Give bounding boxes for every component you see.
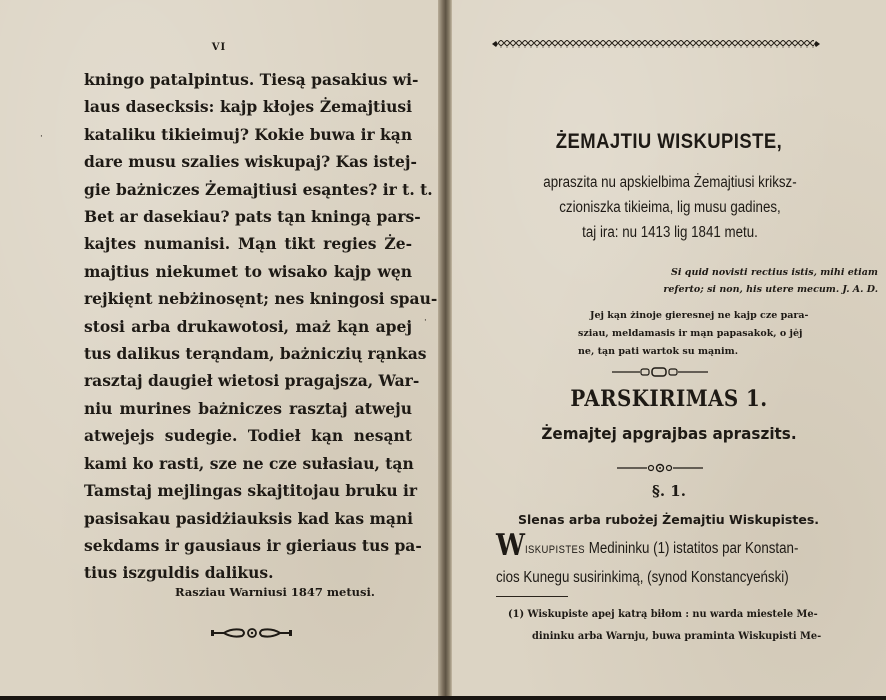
note-line: sziau, meldamasis ir mąn papasakok, o jė… (578, 325, 878, 343)
footnote-line: (1) Wiskupiste apej katrą biłom : nu war… (508, 604, 843, 626)
text-line: WISKUPISTES Medininku (1) istatitos par … (496, 534, 793, 564)
note-line: ne, tąn pati wartok su mąnim. (578, 343, 878, 361)
text-line: pasisakau pasidżiauksis kad kas mąni (84, 505, 412, 532)
page-number: VI (0, 42, 438, 53)
text-line: tius iszguldis dalikus. (84, 559, 412, 586)
text-line: gie bażniczes Żemajtiusi esąntes? ir t. … (84, 176, 412, 203)
chapter-subtitle: Żemajtej apgrajbas apraszits. (463, 424, 875, 443)
text-line: stosi arba drukawotosi, maż kąn apej (84, 313, 412, 340)
book-bottom-edge (0, 696, 886, 700)
footnote-rule (496, 596, 568, 597)
drop-cap: W (496, 528, 525, 563)
section-body-text: WISKUPISTES Medininku (1) istatitos par … (496, 534, 841, 591)
text-line: tus dalikus terąndam, bażniczių rąnkas (84, 340, 412, 367)
left-page-body-text: kningo patalpintus. Tiesą pasakius wi- l… (84, 66, 412, 587)
text-line: kami ko rasti, sze ne cze sułasiau, tąn (84, 450, 412, 477)
subtitle-line: apraszita nu apskielbima Żemajtiusi krik… (498, 170, 842, 195)
epigraph-line: Si quid novisti rectius istis, mihi etia… (578, 264, 878, 281)
ink-speck: · (40, 132, 43, 142)
text-line: kajtes numanisi. Mąn tikt regies Że- (84, 230, 412, 257)
book-gutter (438, 0, 452, 700)
chapter-title: PARSKIRIMAS 1. (474, 386, 865, 412)
text-line: kningo patalpintus. Tiesą pasakius wi- (84, 66, 412, 93)
small-caps-word: ISKUPISTES (525, 544, 585, 556)
text-line: atwejejs sudegie. Todieł kąn nesąnt (84, 422, 412, 449)
rule-ornament-icon (617, 458, 703, 477)
section-number: §. 1. (452, 482, 886, 500)
text-line: kataliku tikieimuj? Kokie buwa ir kąn (84, 121, 412, 148)
lattice-border-icon (492, 34, 820, 53)
latin-epigraph: Si quid novisti rectius istis, mihi etia… (578, 264, 878, 298)
ink-speck: · (424, 316, 427, 326)
footnote-line: dininku arba Warnju, buwa praminta Wisku… (508, 626, 843, 648)
text-line: cios Kunegu susirinkimą, (synod Konstanc… (496, 564, 793, 591)
text-line: niu murines bażniczes rasztaj atweju (84, 395, 412, 422)
text-line: majtius niekumet to wisako kajp węn (84, 258, 412, 285)
note-line: Jej kąn żinoje gieresnej ne kajp cze par… (578, 307, 878, 325)
text-line: dare musu szalies wiskupaj? Kas istej- (84, 148, 412, 175)
text-line: laus dasecksis: kajp kłojes Żemajtiusi (84, 93, 412, 120)
book-spread: VI kningo patalpintus. Tiesą pasakius wi… (0, 0, 886, 700)
tailpiece-ornament-icon (210, 625, 294, 644)
signature-line: Rasziau Warniusi 1847 metusi. (175, 585, 375, 599)
subtitle-line: taj ira: nu 1413 lig 1841 metu. (498, 220, 842, 245)
epigraph-line: referto; si non, his utere mecum. J. A. … (578, 281, 878, 298)
rule-ornament-icon (612, 362, 708, 381)
book-title: ŻEMAJTIU WISKUPISTE, (478, 130, 860, 154)
text-line: Bet ar dasekiau? pats tąn kningą pars- (84, 203, 412, 230)
text-line: rasztaj daugieł wietosi pragajsza, War- (84, 367, 412, 394)
subtitle-line: czioniszka tikieima, lig musu gadines, (498, 195, 842, 220)
text-line: rejkięnt nebżinosęnt; nes kningosi spau- (84, 285, 412, 312)
book-subtitle: apraszita nu apskielbima Żemajtiusi krik… (498, 170, 842, 245)
footnote: (1) Wiskupiste apej katrą biłom : nu war… (508, 604, 843, 648)
text-span: Medininku (1) istatitos par Konstan- (585, 540, 798, 557)
text-line: Tamstaj mejlingas skajtitojau bruku ir (84, 477, 412, 504)
text-line: sekdams ir gausiaus ir gieriaus tus pa- (84, 532, 412, 559)
author-note: Jej kąn żinoje gieresnej ne kajp cze par… (578, 307, 878, 361)
section-title: Slenas arba rubożej Żemajtiu Wiskupistes… (496, 512, 841, 527)
